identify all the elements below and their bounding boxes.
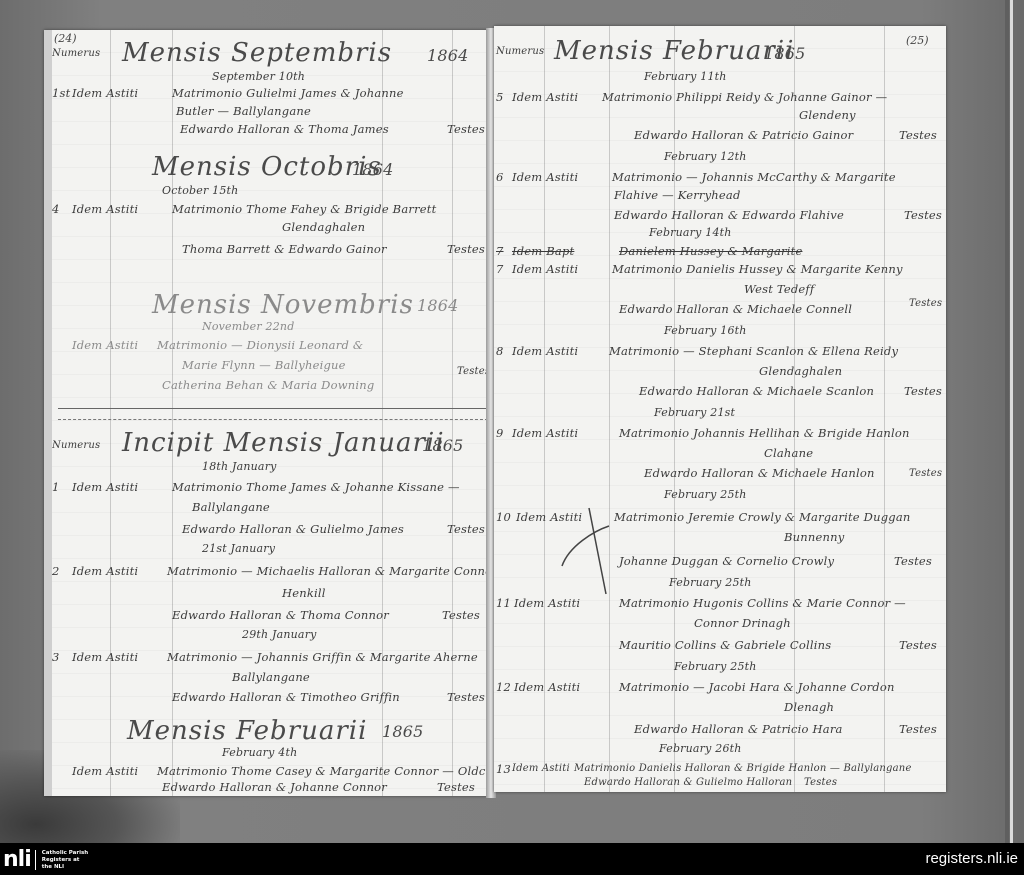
entry-status: Idem Astiti (512, 344, 578, 358)
entry-witnesses: Edwardo Halloran & Johanne Connor (162, 780, 387, 794)
entry-witnesses: Johanne Duggan & Cornelio Crowly (619, 554, 834, 568)
entry-line1: Matrimonio Danielis Hussey & Margarite K… (612, 262, 903, 276)
entry-line2: Connor Drinagh (694, 616, 791, 630)
month-year: 1865 (382, 722, 424, 741)
entry-testes: Testes (442, 608, 480, 622)
entry-line2: Ballylangane (232, 670, 310, 684)
entry-status: Idem Astiti (72, 86, 138, 100)
entry-number: 7 (496, 262, 504, 276)
entry-witnesses: Edwardo Halloran & Michaele Connell (619, 302, 852, 316)
month-heading: Mensis Novembris (152, 290, 414, 320)
cross-mark-icon (554, 506, 614, 596)
column-label: Numerus (52, 440, 100, 451)
month-year: 1864 (417, 296, 459, 315)
entry-line1: Matrimonio Johannis Hellihan & Brigide H… (619, 426, 910, 440)
entry-line1: Matrimonio Jeremie Crowly & Margarite Du… (614, 510, 911, 524)
entry-number-struck: 7 (496, 244, 504, 258)
entry-line2: Ballylangane (192, 500, 270, 514)
logo-text-line: the NLI (42, 864, 64, 870)
logo-text-line: Catholic Parish (42, 850, 88, 856)
month-year: 1864 (427, 46, 469, 65)
nli-logo-text: Catholic Parish Registers at the NLI (42, 850, 102, 871)
entry-status: Idem Astiti (512, 763, 570, 774)
logo-text-line: Registers at (42, 857, 80, 863)
entry-number: 9 (496, 426, 504, 440)
entry-testes: Testes (904, 384, 942, 398)
column-label: Numerus (496, 46, 544, 57)
entry-witnesses: Edwardo Halloran & Thoma James (180, 122, 389, 136)
register-page-right: (25) Numerus Mensis Februarii 1865 Febru… (494, 26, 946, 792)
ruled-column-line (609, 26, 610, 792)
entry-status: Idem Astiti (72, 480, 138, 494)
entry-date: February 26th (659, 742, 742, 755)
section-divider (58, 408, 488, 420)
entry-witnesses: Catherina Behan & Maria Downing (162, 378, 374, 392)
entry-witnesses: Edwardo Halloran & Edwardo Flahive (614, 208, 844, 222)
entry-number: 1st (52, 86, 70, 100)
entry-testes: Testes (804, 777, 837, 788)
entry-line2: Clahane (764, 446, 813, 460)
site-url-link[interactable]: registers.nli.ie (925, 850, 1018, 867)
nli-logo[interactable]: nli Catholic Parish Registers at the NLI (3, 849, 102, 871)
page-number: (24) (54, 32, 77, 45)
entry-status-struck: Idem Bapt (512, 244, 574, 258)
entry-line2: Bunnenny (784, 530, 844, 544)
register-page-left: (24) Numerus Mensis Septembris 1864 Sept… (44, 30, 488, 796)
entry-witnesses: Edwardo Halloran & Gulielmo Halloran (584, 777, 792, 788)
entry-line1: Matrimonio — Stephani Scanlon & Ellena R… (609, 344, 898, 358)
month-year: 1865 (422, 436, 464, 455)
entry-testes: Testes (447, 522, 485, 536)
entry-line2: West Tedeff (744, 282, 814, 296)
entry-witnesses: Edwardo Halloran & Gulielmo James (182, 522, 404, 536)
entry-status: Idem Astiti (512, 262, 578, 276)
entry-line1-struck: Danielem Hussey & Margarite (619, 244, 802, 258)
entry-testes: Testes (909, 298, 942, 309)
entry-number: 10 (496, 510, 511, 524)
entry-testes: Testes (899, 638, 937, 652)
entry-witnesses: Thoma Barrett & Edwardo Gainor (182, 242, 387, 256)
entry-line1: Matrimonio Danielis Halloran & Brigide H… (574, 763, 912, 774)
entry-date: October 15th (162, 184, 238, 197)
entry-testes: Testes (899, 722, 937, 736)
entry-date: February 14th (649, 226, 732, 239)
entry-line2: Glendaghalen (759, 364, 842, 378)
entry-status: Idem Astiti (72, 564, 138, 578)
entry-testes: Testes (904, 208, 942, 222)
entry-line1: Matrimonio Thome Casey & Margarite Conno… (157, 764, 488, 778)
column-label: Numerus (52, 48, 100, 59)
nli-logo-mark: nli (3, 849, 31, 871)
entry-testes: Testes (899, 128, 937, 142)
entry-number: 3 (52, 650, 60, 664)
entry-date: February 25th (669, 576, 752, 589)
entry-testes: Testes (909, 468, 942, 479)
entry-status: Idem Astiti (514, 680, 580, 694)
entry-status: Idem Astiti (72, 202, 138, 216)
entry-date: February 16th (664, 324, 747, 337)
entry-line2: Dlenagh (784, 700, 834, 714)
entry-line1: Matrimonio — Dionysii Leonard & (157, 338, 363, 352)
entry-date: 29th January (242, 628, 317, 641)
entry-testes: Testes (437, 780, 475, 794)
logo-separator (35, 850, 36, 870)
entry-date: February 25th (674, 660, 757, 673)
entry-number: 1 (52, 480, 60, 494)
month-year: 1864 (352, 160, 394, 179)
entry-status: Idem Astiti (514, 596, 580, 610)
entry-line2: Marie Flynn — Ballyheigue (182, 358, 346, 372)
entry-line1: Matrimonio Thome Fahey & Brigide Barrett (172, 202, 436, 216)
entry-witnesses: Edwardo Halloran & Michaele Hanlon (644, 466, 875, 480)
entry-date: February 12th (664, 150, 747, 163)
entry-line1: Matrimonio — Johannis McCarthy & Margari… (612, 170, 896, 184)
entry-number: 6 (496, 170, 504, 184)
ruled-column-line (544, 26, 545, 792)
entry-status: Idem Astiti (72, 338, 138, 352)
entry-date: September 10th (212, 70, 305, 83)
month-year: 1865 (764, 44, 806, 63)
ruled-column-line (884, 26, 885, 792)
entry-line1: Matrimonio Hugonis Collins & Marie Conno… (619, 596, 906, 610)
entry-status: Idem Astiti (72, 650, 138, 664)
entry-number: 4 (52, 202, 60, 216)
entry-testes: Testes (447, 122, 485, 136)
entry-line1: Matrimonio — Johannis Griffin & Margarit… (167, 650, 478, 664)
register-image-viewer[interactable]: (24) Numerus Mensis Septembris 1864 Sept… (0, 0, 1024, 843)
month-heading: Mensis Februarii (554, 36, 794, 66)
entry-line2: Glendaghalen (282, 220, 365, 234)
entry-witnesses: Edwardo Halloran & Michaele Scanlon (639, 384, 874, 398)
entry-witnesses: Edwardo Halloran & Patricio Gainor (634, 128, 853, 142)
entry-line1: Matrimonio — Jacobi Hara & Johanne Cordo… (619, 680, 895, 694)
month-heading: Mensis Octobris (152, 152, 382, 182)
entry-date: February 21st (654, 406, 735, 419)
entry-line1: Matrimonio Thome James & Johanne Kissane… (172, 480, 460, 494)
entry-status: Idem Astiti (512, 90, 578, 104)
entry-status: Idem Astiti (512, 426, 578, 440)
entry-testes: Testes (447, 242, 485, 256)
entry-number: 12 (496, 680, 511, 694)
entry-date: 18th January (202, 460, 277, 473)
entry-line1: Matrimonio Gulielmi James & Johanne (172, 86, 404, 100)
month-heading: Mensis Februarii (127, 716, 367, 746)
viewer-edge-highlight (1010, 0, 1013, 843)
month-heading: Mensis Septembris (122, 38, 392, 68)
entry-line2: Henkill (282, 586, 326, 600)
entry-line1: Matrimonio — Michaelis Halloran & Margar… (167, 564, 488, 578)
entry-number: 13 (496, 762, 511, 776)
entry-date: 21st January (202, 542, 275, 555)
entry-testes: Testes (457, 366, 488, 377)
page-number: (25) (906, 34, 929, 47)
entry-number: 8 (496, 344, 504, 358)
viewer-edge (1005, 0, 1009, 843)
entry-date: February 11th (644, 70, 727, 83)
entry-number: 11 (496, 596, 511, 610)
entry-number: 5 (496, 90, 504, 104)
entry-witnesses: Edwardo Halloran & Timotheo Griffin (172, 690, 400, 704)
entry-line2: Glendeny (799, 108, 856, 122)
entry-date: February 25th (664, 488, 747, 501)
entry-testes: Testes (894, 554, 932, 568)
entry-witnesses: Edwardo Halloran & Thoma Connor (172, 608, 389, 622)
month-heading: Incipit Mensis Januarii (122, 428, 445, 458)
entry-status: Idem Astiti (72, 764, 138, 778)
entry-date: February 4th (222, 746, 297, 759)
entry-line2: Flahive — Kerryhead (614, 188, 741, 202)
entry-line2: Butler — Ballylangane (176, 104, 311, 118)
entry-witnesses: Edwardo Halloran & Patricio Hara (634, 722, 843, 736)
entry-line1: Matrimonio Philippi Reidy & Johanne Gain… (602, 90, 887, 104)
entry-testes: Testes (447, 690, 485, 704)
entry-witnesses: Mauritio Collins & Gabriele Collins (619, 638, 831, 652)
entry-date: November 22nd (202, 320, 294, 333)
entry-number: 2 (52, 564, 60, 578)
footer-bar: nli Catholic Parish Registers at the NLI… (0, 843, 1024, 875)
entry-status: Idem Astiti (512, 170, 578, 184)
